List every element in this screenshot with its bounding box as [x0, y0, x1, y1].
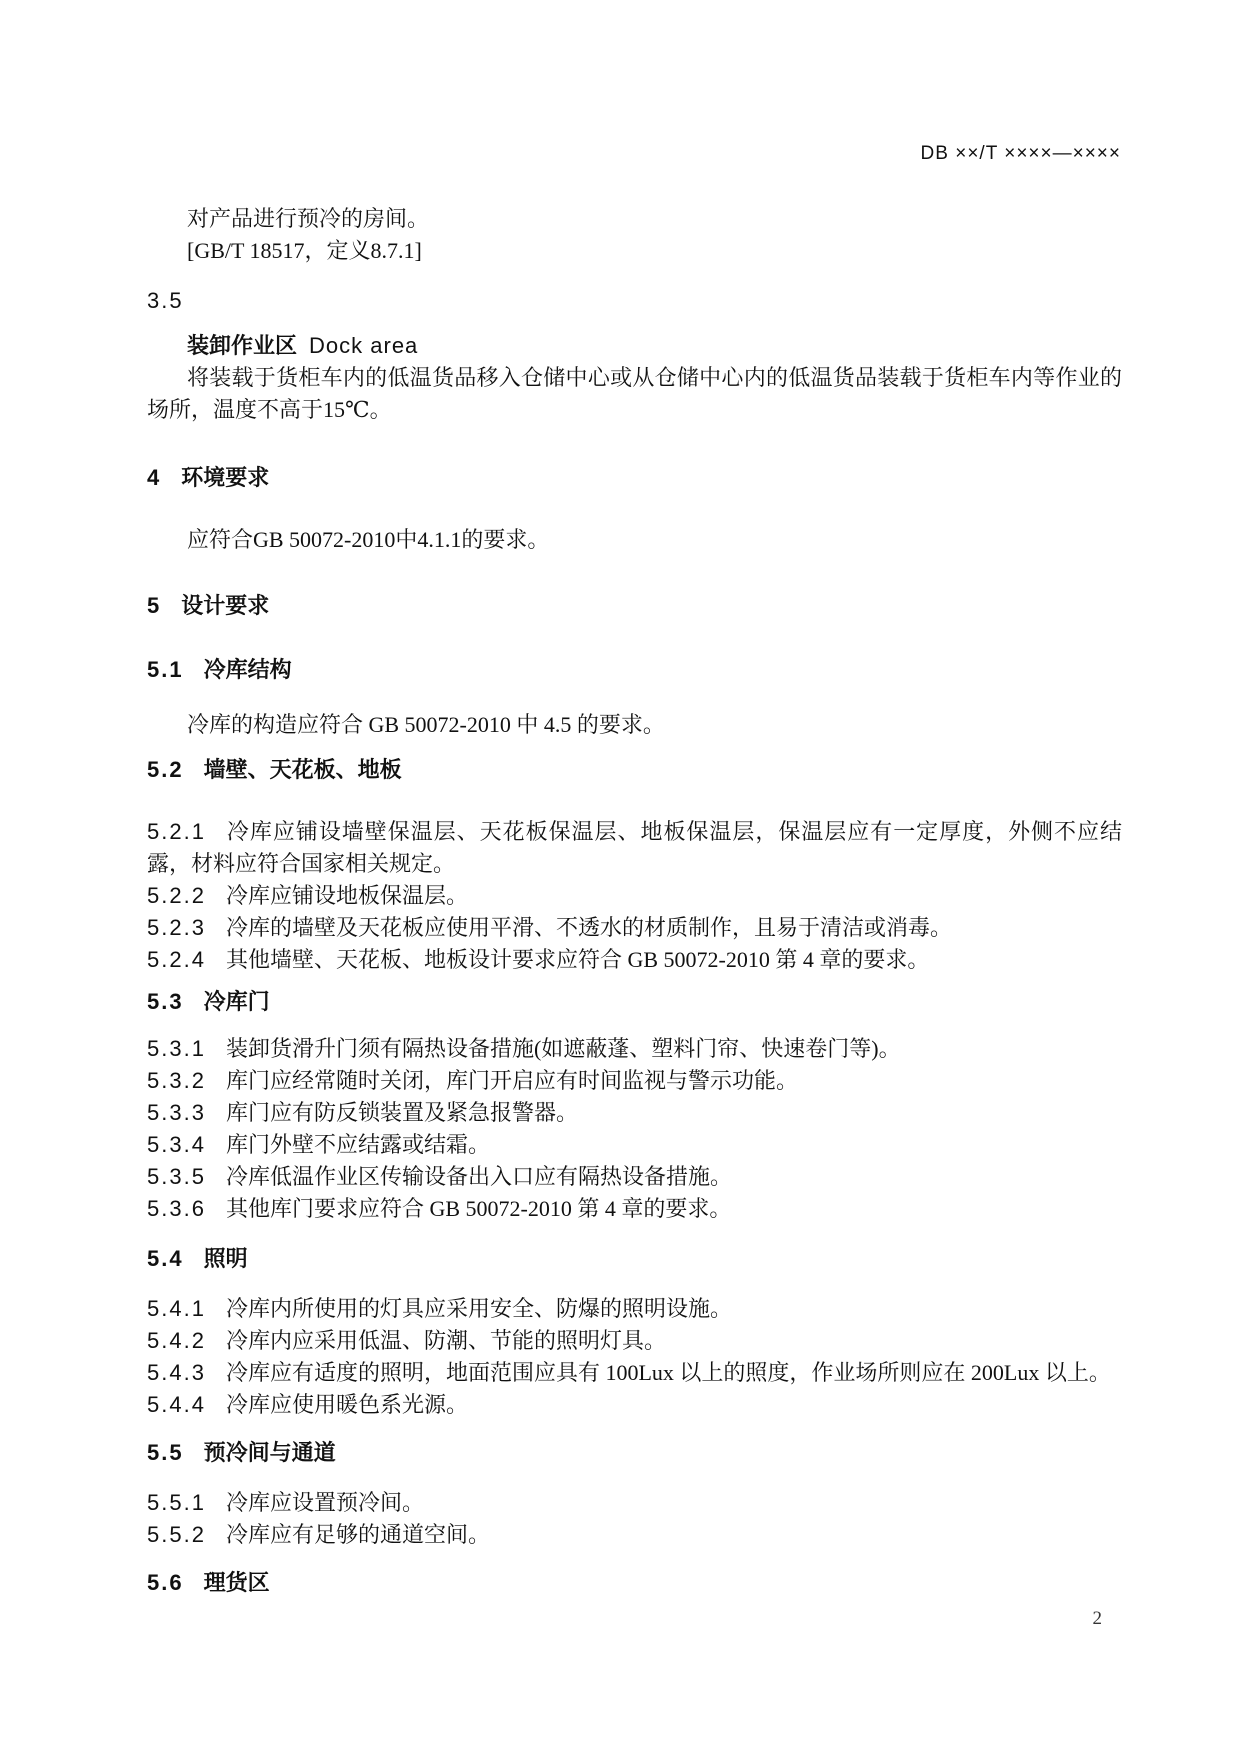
- section-heading: 5.2墙壁、天花板、地板: [147, 754, 1122, 786]
- term-zh-label: 装卸作业区: [187, 333, 297, 358]
- clause-number: 5.3.3: [147, 1100, 206, 1125]
- heading-number: 5.6: [147, 1570, 184, 1595]
- clause-text: 库门外壁不应结露或结霜。: [226, 1132, 490, 1157]
- clause: 5.3.4库门外壁不应结露或结霜。: [147, 1129, 1122, 1161]
- heading-title: 预冷间与通道: [204, 1440, 336, 1465]
- chapter-heading: 4环境要求: [147, 462, 1122, 494]
- term-number: 3.5: [147, 285, 1122, 317]
- clause: 5.2.3冷库的墙壁及天花板应使用平滑、不透水的材质制作，且易于清洁或消毒。: [147, 912, 1122, 944]
- section-heading: 5.3冷库门: [147, 986, 1122, 1018]
- heading-number: 5.2: [147, 757, 184, 782]
- clause-number: 5.2.1: [147, 819, 206, 844]
- clause-text: 冷库应设置预冷间。: [226, 1490, 424, 1515]
- clause-number: 5.2.3: [147, 915, 206, 940]
- section-heading: 5.5预冷间与通道: [147, 1437, 1122, 1469]
- document-page: DB ××/T ××××—×××× 对产品进行预冷的房间。[GB/T 18517…: [0, 0, 1241, 1754]
- section-heading: 5.1冷库结构: [147, 654, 1122, 686]
- heading-title: 环境要求: [181, 465, 269, 490]
- clause-number: 5.4.2: [147, 1328, 206, 1353]
- clause-number: 5.2.2: [147, 883, 206, 908]
- clause-text: 其他墙壁、天花板、地板设计要求应符合 GB 50072-2010 第 4 章的要…: [226, 947, 929, 972]
- paragraph: [GB/T 18517，定义8.7.1]: [147, 235, 1122, 267]
- heading-number: 5: [147, 593, 161, 618]
- clause-text: 冷库应使用暖色系光源。: [226, 1392, 468, 1417]
- paragraph: 对产品进行预冷的房间。: [147, 203, 1122, 235]
- clause: 5.2.2冷库应铺设地板保温层。: [147, 880, 1122, 912]
- clause-text: 冷库的墙壁及天花板应使用平滑、不透水的材质制作，且易于清洁或消毒。: [226, 915, 952, 940]
- heading-title: 冷库门: [204, 989, 270, 1014]
- heading-number: 5.4: [147, 1246, 184, 1271]
- clause-text: 装卸货滑升门须有隔热设备措施(如遮蔽蓬、塑料门帘、快速卷门等)。: [226, 1036, 901, 1061]
- clause-text: 库门应经常随时关闭，库门开启应有时间监视与警示功能。: [226, 1068, 798, 1093]
- clause: 5.3.1装卸货滑升门须有隔热设备措施(如遮蔽蓬、塑料门帘、快速卷门等)。: [147, 1033, 1122, 1065]
- clause-text: 其他库门要求应符合 GB 50072-2010 第 4 章的要求。: [226, 1196, 731, 1221]
- heading-number: 5.5: [147, 1440, 184, 1465]
- clause-text: 冷库内应采用低温、防潮、节能的照明灯具。: [226, 1328, 666, 1353]
- clause: 5.2.1冷库应铺设墙壁保温层、天花板保温层、地板保温层，保温层应有一定厚度，外…: [147, 816, 1122, 880]
- clause-number: 5.3.5: [147, 1164, 206, 1189]
- clause-number: 5.3.6: [147, 1196, 206, 1221]
- heading-title: 墙壁、天花板、地板: [204, 757, 402, 782]
- clause-text: 冷库低温作业区传输设备出入口应有隔热设备措施。: [226, 1164, 732, 1189]
- clause: 5.4.2冷库内应采用低温、防潮、节能的照明灯具。: [147, 1325, 1122, 1357]
- clause: 5.4.1冷库内所使用的灯具应采用安全、防爆的照明设施。: [147, 1293, 1122, 1325]
- clause: 5.4.4冷库应使用暖色系光源。: [147, 1389, 1122, 1421]
- clause: 5.3.2库门应经常随时关闭，库门开启应有时间监视与警示功能。: [147, 1065, 1122, 1097]
- clause-text: 冷库应铺设地板保温层。: [226, 883, 468, 908]
- paragraph: 冷库的构造应符合 GB 50072-2010 中 4.5 的要求。: [147, 709, 1122, 741]
- clause-number: 5.5.1: [147, 1490, 206, 1515]
- chapter-heading: 5设计要求: [147, 590, 1122, 622]
- clause: 5.2.4其他墙壁、天花板、地板设计要求应符合 GB 50072-2010 第 …: [147, 944, 1122, 976]
- clause-text: 冷库内所使用的灯具应采用安全、防爆的照明设施。: [226, 1296, 732, 1321]
- paragraph: 将装载于货柜车内的低温货品移入仓储中心或从仓储中心内的低温货品装载于货柜车内等作…: [147, 362, 1122, 426]
- clause: 5.4.3冷库应有适度的照明，地面范围应具有 100Lux 以上的照度，作业场所…: [147, 1357, 1122, 1389]
- heading-number: 4: [147, 465, 161, 490]
- clause-text: 冷库应有足够的通道空间。: [226, 1522, 490, 1547]
- heading-number: 5.1: [147, 657, 184, 682]
- heading-title: 照明: [204, 1246, 248, 1271]
- paragraph: 应符合GB 50072-2010中4.1.1的要求。: [147, 524, 1122, 556]
- term-en-label: Dock area: [309, 333, 418, 358]
- clause-number: 5.3.4: [147, 1132, 206, 1157]
- clause-number: 5.2.4: [147, 947, 206, 972]
- clause-number: 5.5.2: [147, 1522, 206, 1547]
- clause: 5.5.1冷库应设置预冷间。: [147, 1487, 1122, 1519]
- section-heading: 5.6理货区: [147, 1567, 1122, 1599]
- term-heading: 装卸作业区Dock area: [147, 330, 1122, 362]
- clause-number: 5.4.4: [147, 1392, 206, 1417]
- clause-number: 5.4.3: [147, 1360, 206, 1385]
- clause-text: 冷库应铺设墙壁保温层、天花板保温层、地板保温层，保温层应有一定厚度，外侧不应结露…: [147, 819, 1122, 876]
- clause: 5.3.6其他库门要求应符合 GB 50072-2010 第 4 章的要求。: [147, 1193, 1122, 1225]
- clause-number: 5.4.1: [147, 1296, 206, 1321]
- clause: 5.3.5冷库低温作业区传输设备出入口应有隔热设备措施。: [147, 1161, 1122, 1193]
- clause: 5.3.3库门应有防反锁装置及紧急报警器。: [147, 1097, 1122, 1129]
- heading-number: 5.3: [147, 989, 184, 1014]
- clause-number: 5.3.2: [147, 1068, 206, 1093]
- clause-number: 5.3.1: [147, 1036, 206, 1061]
- heading-title: 设计要求: [181, 593, 269, 618]
- clause: 5.5.2冷库应有足够的通道空间。: [147, 1519, 1122, 1551]
- section-heading: 5.4照明: [147, 1243, 1122, 1275]
- heading-title: 冷库结构: [204, 657, 292, 682]
- clause-text: 冷库应有适度的照明，地面范围应具有 100Lux 以上的照度，作业场所则应在 2…: [226, 1360, 1111, 1385]
- document-content: 对产品进行预冷的房间。[GB/T 18517，定义8.7.1]3.5装卸作业区D…: [147, 0, 1122, 1599]
- heading-title: 理货区: [204, 1570, 270, 1595]
- clause-text: 库门应有防反锁装置及紧急报警器。: [226, 1100, 578, 1125]
- page-number: 2: [1093, 1608, 1103, 1630]
